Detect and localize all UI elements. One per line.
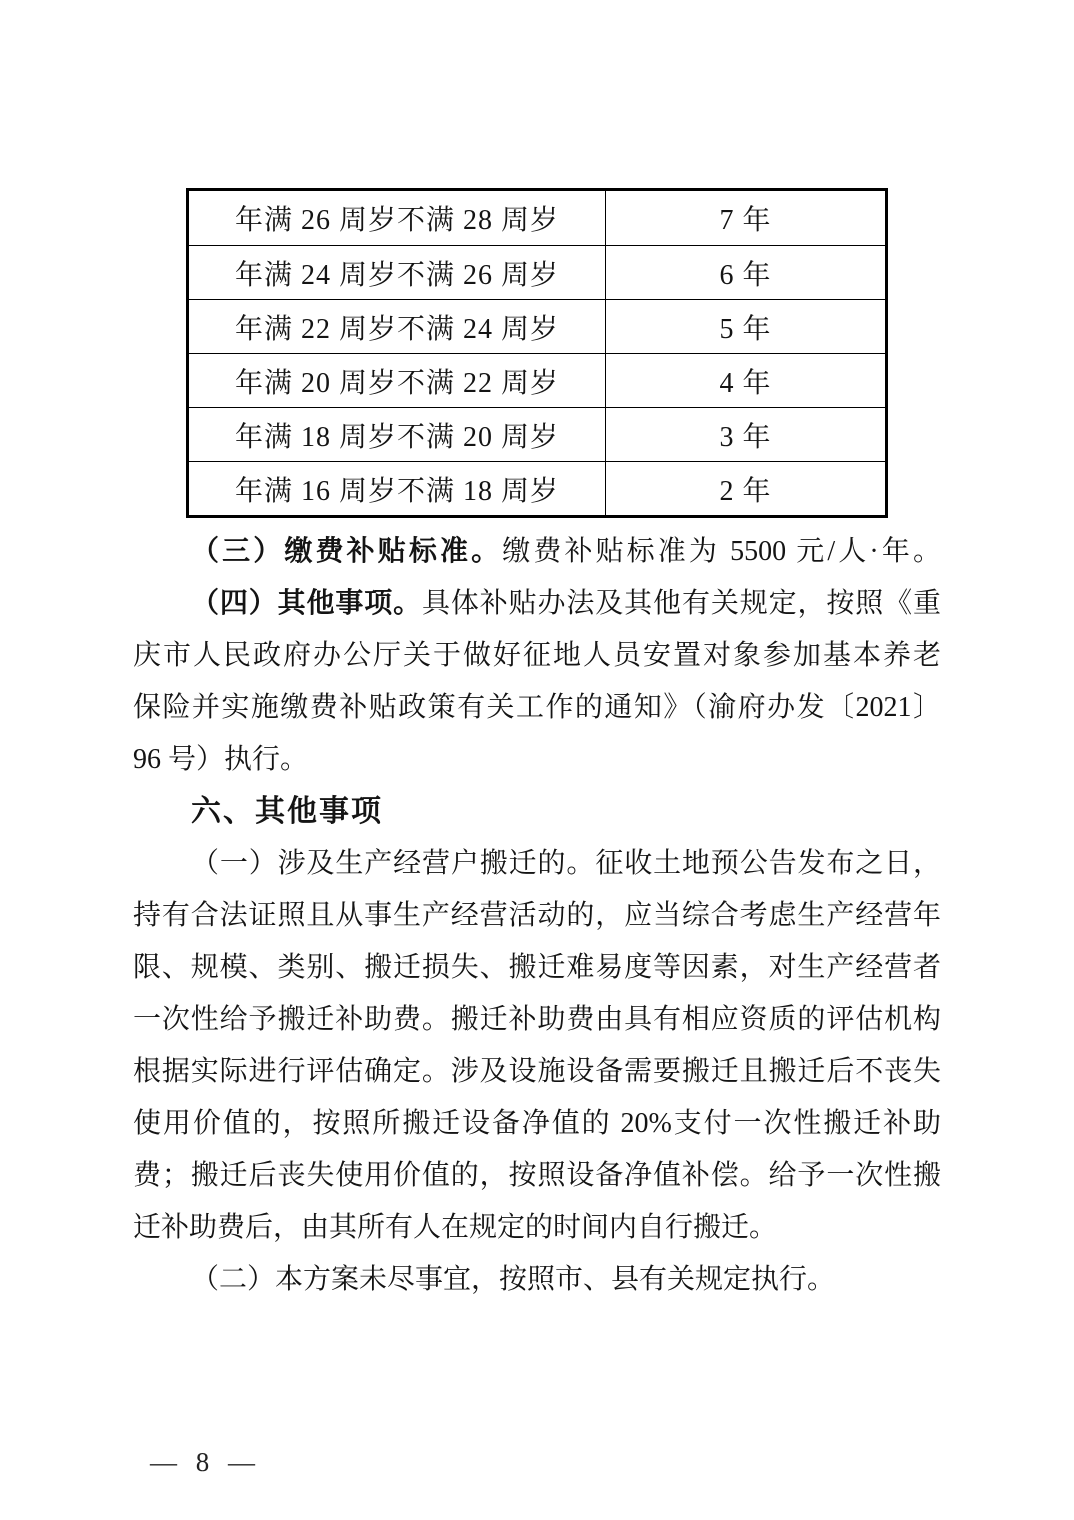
- section-heading-text: 六、其他事项: [191, 795, 383, 828]
- para-one-line: 费；搬迁后丧失使用价值的，按照设备净值补偿。给予一次性搬: [133, 1150, 941, 1202]
- duration-cell: 7 年: [605, 191, 885, 245]
- age-range-cell: 年满 20 周岁不满 22 周岁: [189, 353, 605, 407]
- duration-cell: 6 年: [605, 245, 885, 299]
- document-page: 年满 26 周岁不满 28 周岁 7 年 年满 24 周岁不满 26 周岁 6 …: [0, 0, 1074, 1520]
- duration-cell: 4 年: [605, 353, 885, 407]
- document-body: （三）缴费补贴标准。缴费补贴标准为 5500 元/人·年。 （四）其他事项。具体…: [133, 526, 941, 1306]
- para-one-line: 迁补助费后，由其所有人在规定的时间内自行搬迁。: [133, 1202, 941, 1254]
- para-three-line: （三）缴费补贴标准。缴费补贴标准为 5500 元/人·年。: [133, 526, 941, 578]
- para-one-line: 一次性给予搬迁补助费。搬迁补助费由具有相应资质的评估机构: [133, 994, 941, 1046]
- para-four-line: 庆市人民政府办公厅关于做好征地人员安置对象参加基本养老: [133, 630, 941, 682]
- para-one-line: （一）涉及生产经营户搬迁的。征收土地预公告发布之日，: [133, 838, 941, 890]
- section-heading: 六、其他事项: [133, 786, 941, 838]
- age-range-cell: 年满 18 周岁不满 20 周岁: [189, 407, 605, 461]
- para-four-rest: 具体补贴办法及其他有关规定，按照《重: [422, 588, 941, 619]
- duration-cell: 3 年: [605, 407, 885, 461]
- age-range-cell: 年满 16 周岁不满 18 周岁: [189, 461, 605, 515]
- para-three-lead: （三）缴费补贴标准。: [191, 536, 502, 567]
- duration-cell: 2 年: [605, 461, 885, 515]
- para-one-line: 限、规模、类别、搬迁损失、搬迁难易度等因素，对生产经营者: [133, 942, 941, 994]
- para-one-line: 根据实际进行评估确定。涉及设施设备需要搬迁且搬迁后不丧失: [133, 1046, 941, 1098]
- age-range-cell: 年满 24 周岁不满 26 周岁: [189, 245, 605, 299]
- subsidy-years-table: 年满 26 周岁不满 28 周岁 7 年 年满 24 周岁不满 26 周岁 6 …: [186, 188, 888, 518]
- duration-cell: 5 年: [605, 299, 885, 353]
- para-four-line: 保险并实施缴费补贴政策有关工作的通知》（渝府办发〔2021〕: [133, 682, 941, 734]
- para-four-lead: （四）其他事项。: [191, 588, 422, 619]
- para-one-line: 使用价值的，按照所搬迁设备净值的 20%支付一次性搬迁补助: [133, 1098, 941, 1150]
- page-number: — 8 —: [150, 1447, 261, 1478]
- para-four-line: （四）其他事项。具体补贴办法及其他有关规定，按照《重: [133, 578, 941, 630]
- para-one-line: 持有合法证照且从事生产经营活动的，应当综合考虑生产经营年: [133, 890, 941, 942]
- age-range-cell: 年满 22 周岁不满 24 周岁: [189, 299, 605, 353]
- para-four-line: 96 号）执行。: [133, 734, 941, 786]
- para-three-rest: 缴费补贴标准为 5500 元/人·年。: [502, 536, 941, 567]
- age-range-cell: 年满 26 周岁不满 28 周岁: [189, 191, 605, 245]
- para-two-line: （二）本方案未尽事宜，按照市、县有关规定执行。: [133, 1254, 941, 1306]
